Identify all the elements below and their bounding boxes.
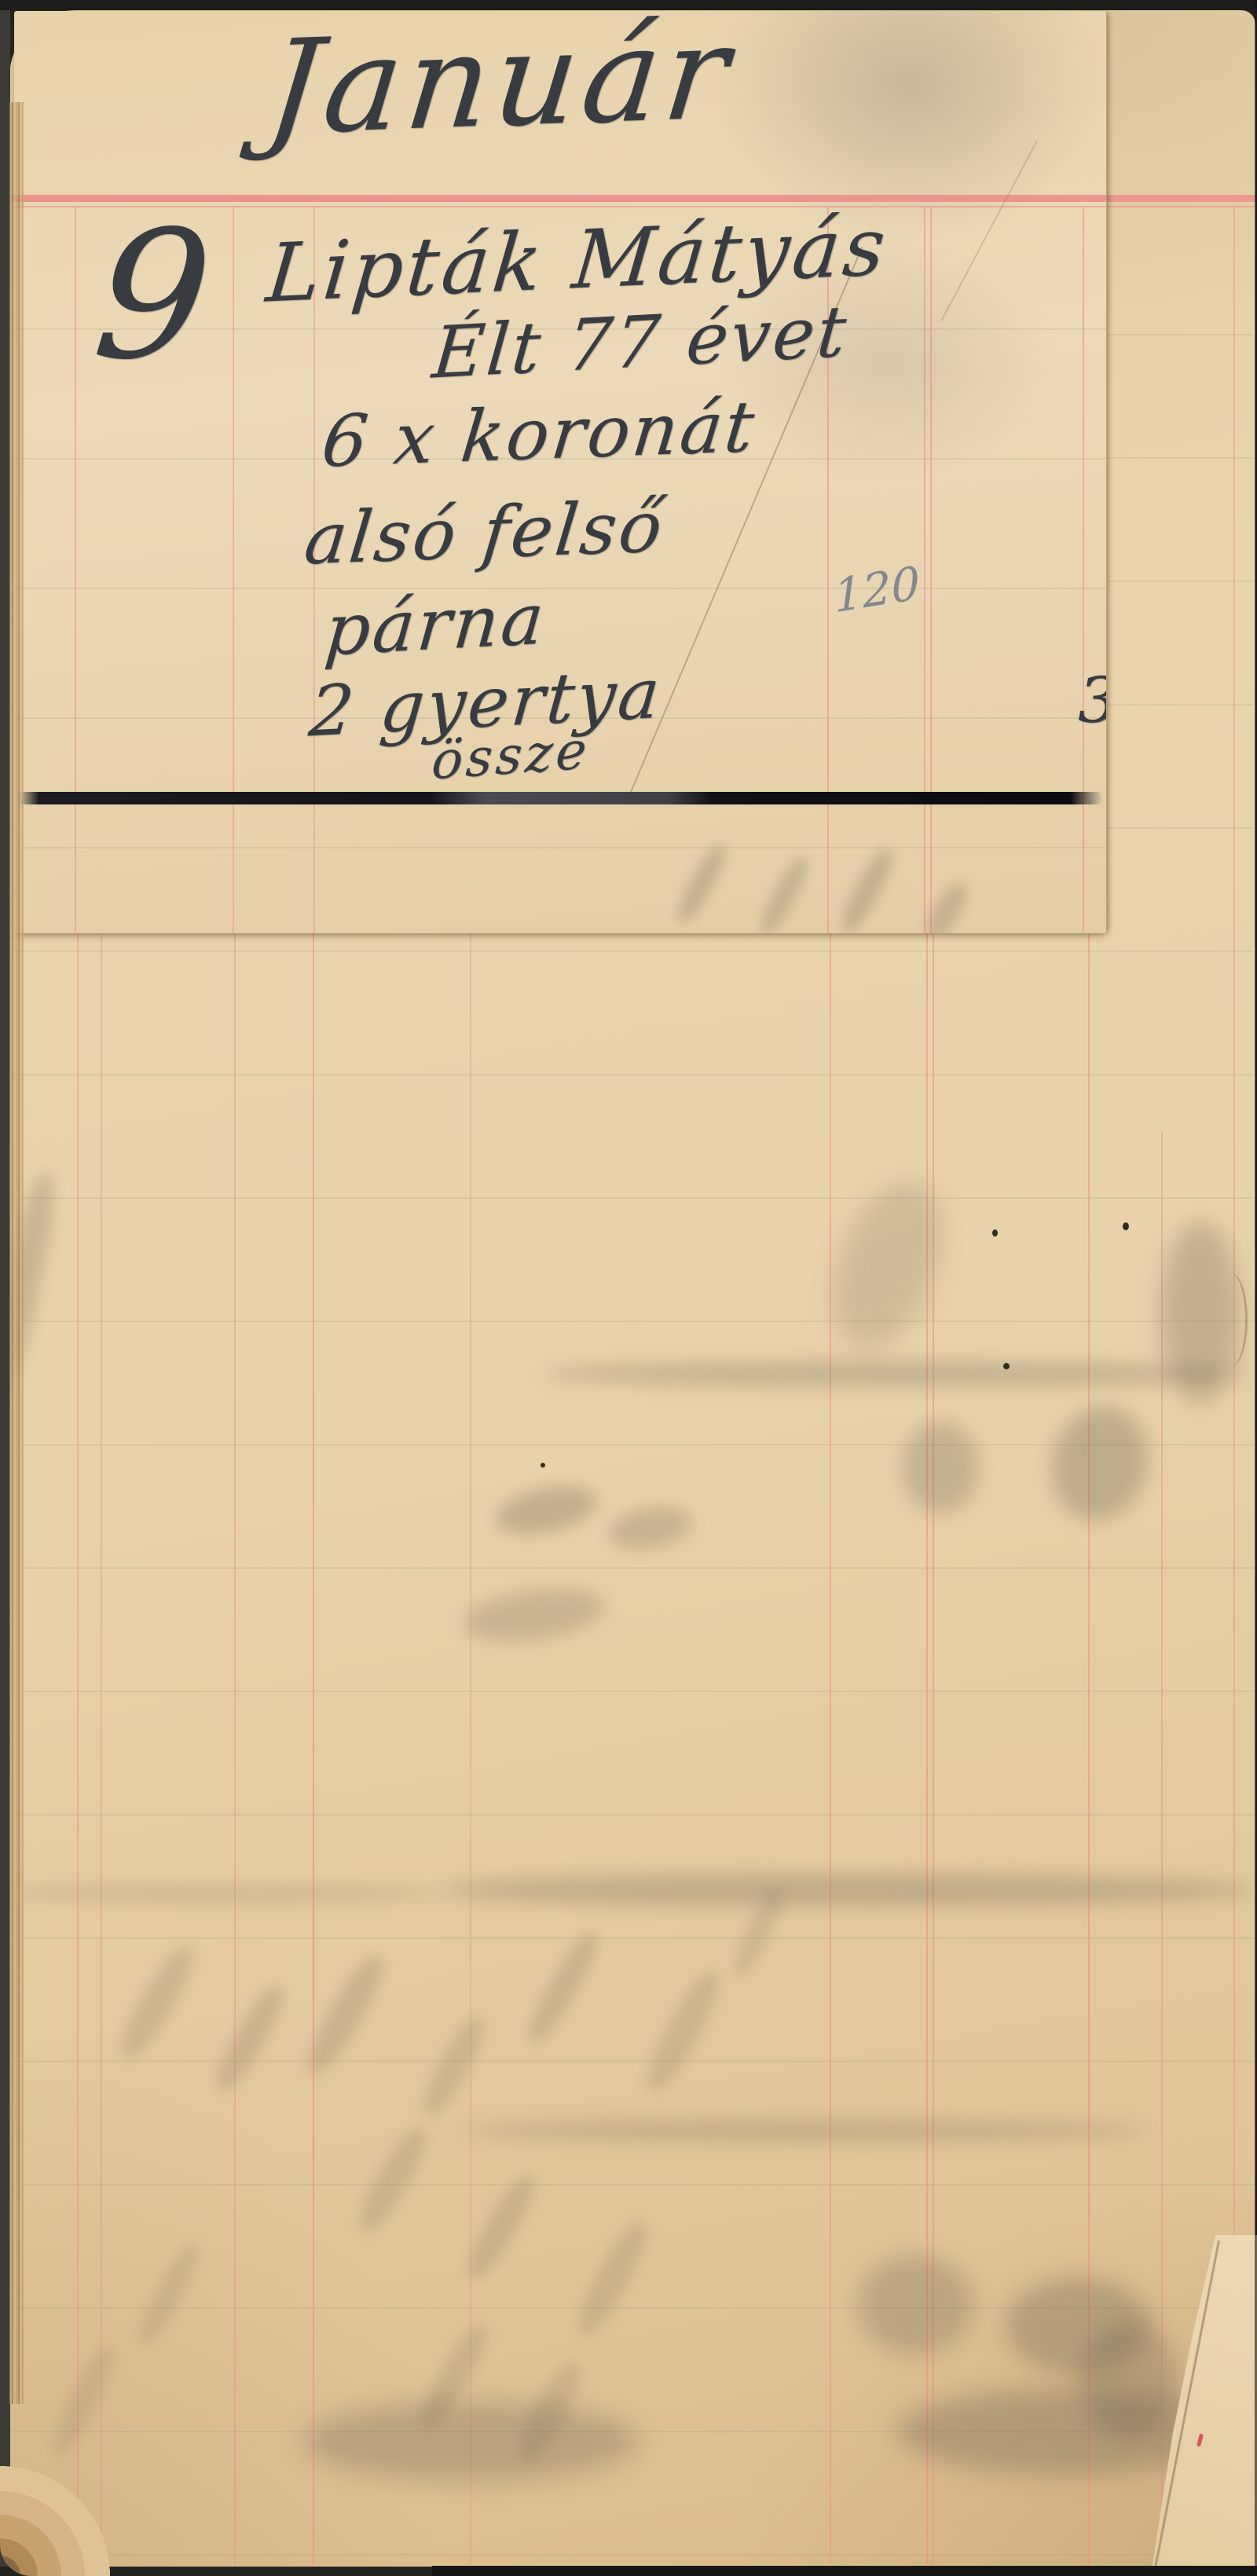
- page-stack-corner-bottom-left: [0, 2380, 141, 2576]
- scan-edge-top: [0, 0, 1257, 10]
- ink-bleed-band: [0, 1884, 440, 1903]
- ink-separator-line: [17, 792, 1103, 804]
- page-slip: Január 9 Lipták Mátyás Élt 77 évet 6 x k…: [14, 11, 1107, 933]
- ink-bleed-band: [542, 1362, 1249, 1386]
- paper-crease: [1214, 1273, 1248, 1367]
- column-rule-vertical-double: [930, 207, 932, 933]
- ink-bleed-smudge: [302, 2400, 640, 2483]
- month-title: Január: [262, 11, 738, 154]
- column-rule-vertical-double: [924, 207, 925, 933]
- ink-speck: [992, 1229, 998, 1237]
- ledger-page-scan: Január 9 Lipták Mátyás Élt 77 évet 6 x k…: [0, 0, 1257, 2576]
- column-rule-vertical: [1083, 207, 1084, 933]
- ink-speck: [1123, 1222, 1129, 1230]
- entry-line-item: alsó felső: [302, 492, 668, 575]
- ink-speck: [541, 1463, 545, 1468]
- entry-day: 9: [87, 208, 218, 385]
- edge-amount-partial: 3: [1078, 669, 1107, 732]
- ink-bleed-smudge: [856, 2253, 974, 2355]
- ink-bleed-smudge: [903, 1422, 978, 1512]
- ink-bleed-band: [440, 1874, 1257, 1906]
- entry-line-age: Élt 77 évet: [430, 296, 851, 389]
- column-rule-vertical: [1233, 206, 1235, 2256]
- scan-edge-bottom: [432, 2566, 1257, 2576]
- page-stack-edge-left: [9, 102, 24, 2404]
- entry-line-total-label: össze: [430, 724, 591, 788]
- entry-line-item: 6 x koronát: [319, 392, 760, 478]
- ink-speck: [1003, 1363, 1010, 1369]
- ink-bleed-band: [464, 2120, 1147, 2142]
- column-rule-vertical: [233, 207, 234, 933]
- entry-line-item: párna: [322, 584, 548, 666]
- column-rule-vertical: [75, 207, 76, 933]
- pencil-amount: 120: [833, 560, 921, 620]
